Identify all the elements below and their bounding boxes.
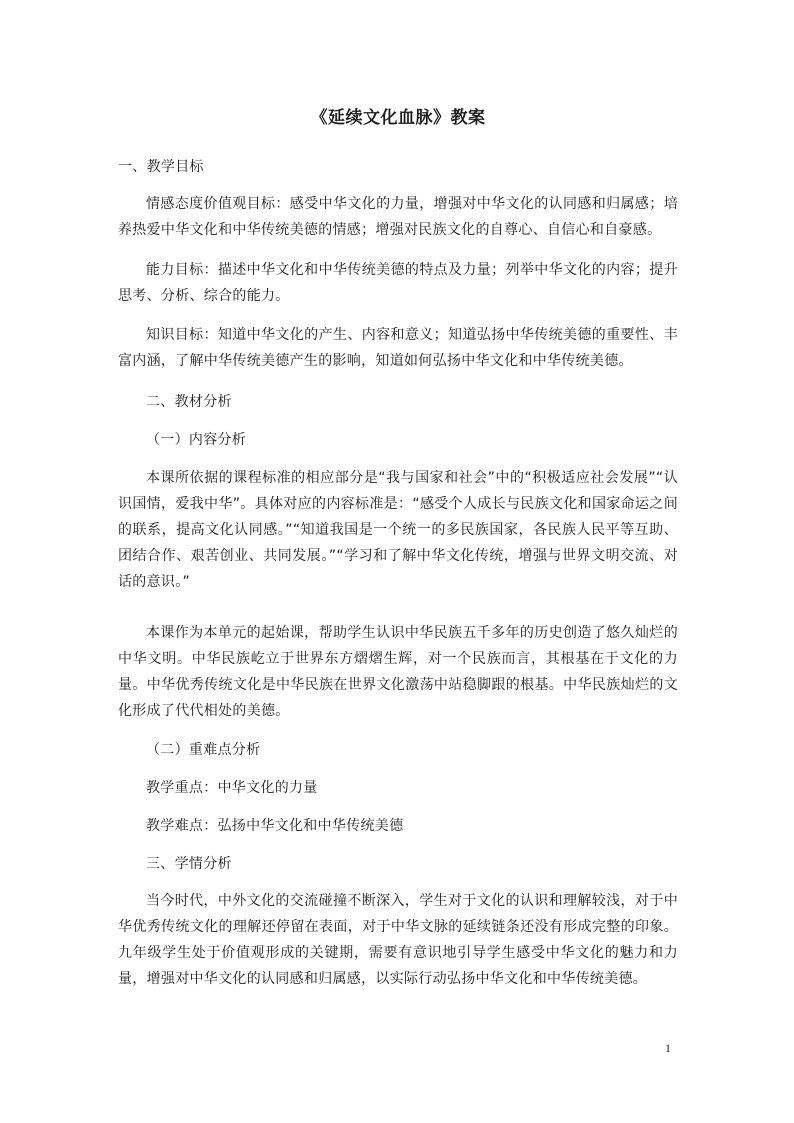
section-heading-material-analysis: 二、教材分析: [118, 389, 678, 415]
paragraph-emotional-goal: 情感态度价值观目标：感受中华文化的力量，增强对中华文化的认同感和归属感；培养热爱…: [118, 191, 678, 243]
section-heading-teaching-goals: 一、教学目标: [118, 154, 678, 180]
section-heading-student-analysis: 三、学情分析: [118, 851, 678, 877]
paragraph-knowledge-goal: 知识目标：知道中华文化的产生、内容和意义；知道弘扬中华传统美德的重要性、丰富内涵…: [118, 322, 678, 374]
paragraph-ability-goal: 能力目标：描述中华文化和中华传统美德的特点及力量；列举中华文化的内容；提升思考、…: [118, 257, 678, 309]
paragraph-lesson-role: 本课作为本单元的起始课，帮助学生认识中华民族五千多年的历史创造了悠久灿烂的中华文…: [118, 620, 678, 724]
document-title: 《延续文化血脉》教案: [118, 106, 678, 130]
subheading-content-analysis: （一）内容分析: [118, 427, 678, 453]
paragraph-student-analysis: 当今时代，中外文化的交流碰撞不断深入，学生对于文化的认识和理解较浅，对于中华优秀…: [118, 888, 678, 992]
subheading-key-difficult-analysis: （二）重难点分析: [118, 737, 678, 763]
teaching-key-point: 教学重点：中华文化的力量: [118, 775, 678, 801]
paragraph-curriculum-standard: 本课所依据的课程标准的相应部分是“我与国家和社会”中的“积极适应社会发展”“认识…: [118, 465, 678, 595]
page-number: 1: [665, 1041, 671, 1056]
teaching-difficult-point: 教学难点：弘扬中华文化和中华传统美德: [118, 813, 678, 839]
